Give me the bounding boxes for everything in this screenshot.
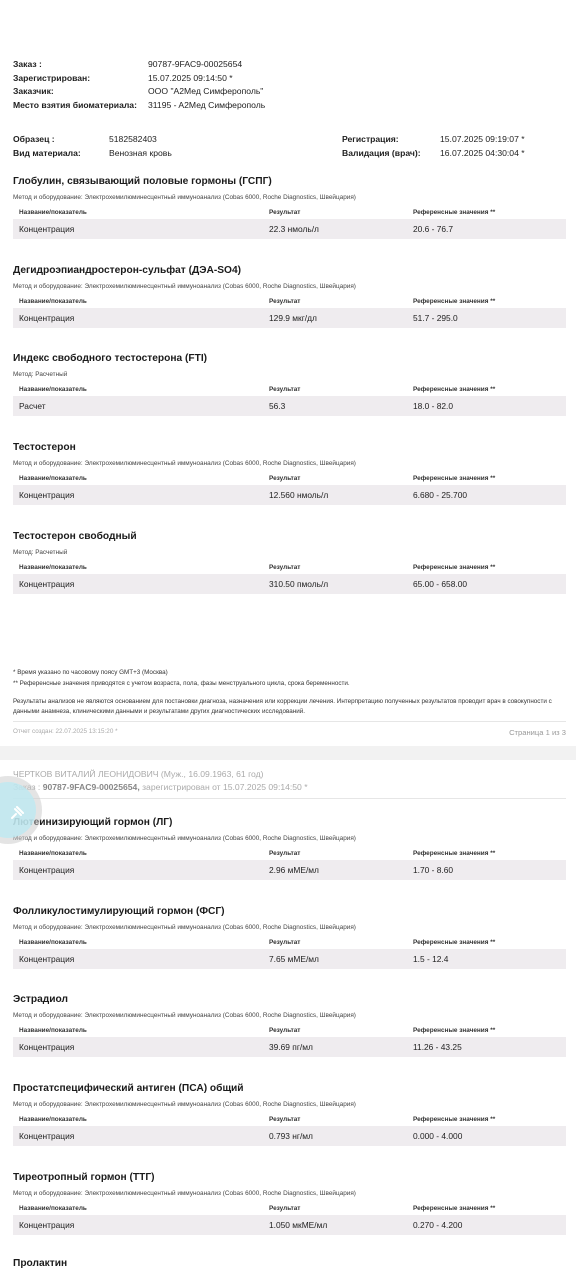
test-section-prolactin: Пролактин xyxy=(13,1257,566,1271)
cell-result: 12.560 нмоль/л xyxy=(269,485,328,505)
table-header: Название/показательРезультатРеференсные … xyxy=(13,1114,566,1126)
pin-icon xyxy=(10,806,24,820)
header-result: Результат xyxy=(269,1025,300,1037)
footnote-timezone: * Время указано по часовому поясу GMT+3 … xyxy=(13,668,168,677)
disclaimer: Результаты анализов не являются основани… xyxy=(13,697,569,717)
cell-name: Концентрация xyxy=(19,485,74,505)
cell-name: Концентрация xyxy=(19,860,74,880)
cell-reference: 0.270 - 4.200 xyxy=(413,1215,462,1235)
cell-result: 39.69 пг/мл xyxy=(269,1037,313,1057)
cell-reference: 51.7 - 295.0 xyxy=(413,308,458,328)
test-section: Глобулин, связывающий половые гормоны (Г… xyxy=(13,175,566,239)
sample-info-right-labels: Регистрация: Валидация (врач): xyxy=(342,133,421,160)
cell-reference: 20.6 - 76.7 xyxy=(413,219,453,239)
cell-name: Концентрация xyxy=(19,1215,74,1235)
test-method: Метод и оборудование: Электрохемилюминес… xyxy=(13,1011,566,1021)
cell-name: Концентрация xyxy=(19,1037,74,1057)
header-result: Результат xyxy=(269,937,300,949)
sample-value: 5182582403 xyxy=(109,133,172,147)
test-title: Тестостерон xyxy=(13,441,566,455)
order-info-labels: Заказ : Зарегистрирован: Заказчик: Место… xyxy=(13,58,137,112)
header-reference: Референсные значения ** xyxy=(413,848,495,860)
test-title: Эстрадиол xyxy=(13,993,566,1007)
header-name: Название/показатель xyxy=(19,848,87,860)
cell-reference: 65.00 - 658.00 xyxy=(413,574,467,594)
test-method: Метод и оборудование: Электрохемилюминес… xyxy=(13,459,566,469)
cell-result: 2.96 мМЕ/мл xyxy=(269,860,319,880)
cell-reference: 1.5 - 12.4 xyxy=(413,949,448,969)
test-method: Метод и оборудование: Электрохемилюминес… xyxy=(13,193,566,203)
order-summary: Заказ : 90787-9FAC9-00025654, зарегистри… xyxy=(13,781,308,794)
test-section: Тестостерон свободныйМетод: РасчетныйНаз… xyxy=(13,530,566,594)
table-row: Концентрация310.50 пмоль/л65.00 - 658.00 xyxy=(13,574,566,594)
cell-name: Концентрация xyxy=(19,219,74,239)
cell-name: Концентрация xyxy=(19,574,74,594)
material-value: Венозная кровь xyxy=(109,147,172,161)
test-title: Тиреотропный гормон (ТТГ) xyxy=(13,1171,566,1185)
header-result: Результат xyxy=(269,296,300,308)
cell-reference: 6.680 - 25.700 xyxy=(413,485,467,505)
header-name: Название/показатель xyxy=(19,1203,87,1215)
header-name: Название/показатель xyxy=(19,937,87,949)
header-result: Результат xyxy=(269,207,300,219)
test-title: Фолликулостимулирующий гормон (ФСГ) xyxy=(13,905,566,919)
test-title: Тестостерон свободный xyxy=(13,530,566,544)
order-summary-number: 90787-9FAC9-00025654, xyxy=(43,782,140,792)
cell-result: 1.050 мкМЕ/мл xyxy=(269,1215,327,1235)
header-reference: Референсные значения ** xyxy=(413,937,495,949)
header-divider xyxy=(13,798,566,799)
test-title: Лютеинизирующий гормон (ЛГ) xyxy=(13,816,566,830)
cell-name: Расчет xyxy=(19,396,46,416)
header-result: Результат xyxy=(269,1114,300,1126)
cell-name: Концентрация xyxy=(19,1126,74,1146)
cell-name: Концентрация xyxy=(19,308,74,328)
footer-divider xyxy=(13,721,566,722)
table-header: Название/показательРезультатРеференсные … xyxy=(13,296,566,308)
cell-result: 310.50 пмоль/л xyxy=(269,574,328,594)
table-row: Концентрация0.793 нг/мл0.000 - 4.000 xyxy=(13,1126,566,1146)
header-name: Название/показатель xyxy=(19,207,87,219)
header-name: Название/показатель xyxy=(19,1114,87,1126)
sampling-place-label: Место взятия биоматериала: xyxy=(13,99,137,113)
sampling-place-value: 31195 - A2Мед Симферополь xyxy=(148,99,265,113)
test-section: Простатспецифический антиген (ПСА) общий… xyxy=(13,1082,566,1146)
sample-label: Образец : xyxy=(13,133,81,147)
header-reference: Референсные значения ** xyxy=(413,384,495,396)
cell-reference: 0.000 - 4.000 xyxy=(413,1126,462,1146)
header-reference: Референсные значения ** xyxy=(413,296,495,308)
cell-result: 129.9 мкг/дл xyxy=(269,308,317,328)
header-result: Результат xyxy=(269,473,300,485)
test-section: Фолликулостимулирующий гормон (ФСГ)Метод… xyxy=(13,905,566,969)
test-method: Метод: Расчетный xyxy=(13,548,566,558)
validation-value: 16.07.2025 04:30:04 * xyxy=(440,147,525,161)
cell-result: 7.65 мМЕ/мл xyxy=(269,949,319,969)
header-name: Название/показатель xyxy=(19,296,87,308)
test-section: Тиреотропный гормон (ТТГ)Метод и оборудо… xyxy=(13,1171,566,1235)
cell-reference: 1.70 - 8.60 xyxy=(413,860,453,880)
validation-label: Валидация (врач): xyxy=(342,147,421,161)
table-row: Расчет56.318.0 - 82.0 xyxy=(13,396,566,416)
sample-info-left-values: 5182582403 Венозная кровь xyxy=(109,133,172,160)
table-header: Название/показательРезультатРеференсные … xyxy=(13,937,566,949)
header-name: Название/показатель xyxy=(19,562,87,574)
table-row: Концентрация1.050 мкМЕ/мл0.270 - 4.200 xyxy=(13,1215,566,1235)
header-reference: Референсные значения ** xyxy=(413,562,495,574)
order-summary-registered: зарегистрирован от 15.07.2025 09:14:50 * xyxy=(142,782,307,792)
report-created: Отчет создан: 22.07.2025 13:15:20 * xyxy=(13,728,118,735)
table-row: Концентрация2.96 мМЕ/мл1.70 - 8.60 xyxy=(13,860,566,880)
footnote-reference: ** Референсные значения приводятся с уче… xyxy=(13,679,350,688)
header-result: Результат xyxy=(269,848,300,860)
test-section: ТестостеронМетод и оборудование: Электро… xyxy=(13,441,566,505)
sample-info-right-values: 15.07.2025 09:19:07 * 16.07.2025 04:30:0… xyxy=(440,133,525,160)
cell-result: 56.3 xyxy=(269,396,285,416)
test-title: Дегидроэпиандростерон-сульфат (ДЭА-SO4) xyxy=(13,264,566,278)
header-result: Результат xyxy=(269,384,300,396)
customer-label: Заказчик: xyxy=(13,85,137,99)
header-result: Результат xyxy=(269,562,300,574)
test-section: Дегидроэпиандростерон-сульфат (ДЭА-SO4)М… xyxy=(13,264,566,328)
header-reference: Референсные значения ** xyxy=(413,1114,495,1126)
cell-reference: 11.26 - 43.25 xyxy=(413,1037,462,1057)
test-method: Метод: Расчетный xyxy=(13,370,566,380)
registered-value: 15.07.2025 09:14:50 * xyxy=(148,72,265,86)
patient-info: ЧЕРТКОВ ВИТАЛИЙ ЛЕОНИДОВИЧ (Муж., 16.09.… xyxy=(13,768,263,781)
table-row: Концентрация39.69 пг/мл11.26 - 43.25 xyxy=(13,1037,566,1057)
table-header: Название/показательРезультатРеференсные … xyxy=(13,562,566,574)
test-method: Метод и оборудование: Электрохемилюминес… xyxy=(13,1100,566,1110)
header-name: Название/показатель xyxy=(19,473,87,485)
header-reference: Референсные значения ** xyxy=(413,1025,495,1037)
report-page-2: ЧЕРТКОВ ВИТАЛИЙ ЛЕОНИДОВИЧ (Муж., 16.09.… xyxy=(0,760,576,1280)
material-label: Вид материала: xyxy=(13,147,81,161)
test-section: Индекс свободного тестостерона (FTI)Мето… xyxy=(13,352,566,416)
test-title: Глобулин, связывающий половые гормоны (Г… xyxy=(13,175,566,189)
page-separator xyxy=(0,746,576,760)
table-header: Название/показательРезультатРеференсные … xyxy=(13,473,566,485)
table-row: Концентрация7.65 мМЕ/мл1.5 - 12.4 xyxy=(13,949,566,969)
cell-reference: 18.0 - 82.0 xyxy=(413,396,453,416)
test-method: Метод и оборудование: Электрохемилюминес… xyxy=(13,923,566,933)
header-reference: Референсные значения ** xyxy=(413,207,495,219)
registration-value: 15.07.2025 09:19:07 * xyxy=(440,133,525,147)
registered-label: Зарегистрирован: xyxy=(13,72,137,86)
table-header: Название/показательРезультатРеференсные … xyxy=(13,207,566,219)
test-method: Метод и оборудование: Электрохемилюминес… xyxy=(13,1189,566,1199)
table-header: Название/показательРезультатРеференсные … xyxy=(13,1025,566,1037)
order-label: Заказ : xyxy=(13,58,137,72)
customer-value: ООО "A2Мед Симферополь" xyxy=(148,85,265,99)
table-row: Концентрация129.9 мкг/дл51.7 - 295.0 xyxy=(13,308,566,328)
test-title: Индекс свободного тестостерона (FTI) xyxy=(13,352,566,366)
header-name: Название/показатель xyxy=(19,384,87,396)
header-result: Результат xyxy=(269,1203,300,1215)
test-section: ЭстрадиолМетод и оборудование: Электрохе… xyxy=(13,993,566,1057)
report-page-1: Заказ : Зарегистрирован: Заказчик: Место… xyxy=(0,0,576,746)
test-section: Лютеинизирующий гормон (ЛГ)Метод и обору… xyxy=(13,816,566,880)
table-row: Концентрация12.560 нмоль/л6.680 - 25.700 xyxy=(13,485,566,505)
test-title: Простатспецифический антиген (ПСА) общий xyxy=(13,1082,566,1096)
registration-label: Регистрация: xyxy=(342,133,421,147)
cell-result: 0.793 нг/мл xyxy=(269,1126,313,1146)
page-number: Страница 1 из 3 xyxy=(509,728,566,737)
cell-result: 22.3 нмоль/л xyxy=(269,219,319,239)
header-reference: Референсные значения ** xyxy=(413,473,495,485)
test-title: Пролактин xyxy=(13,1257,566,1271)
table-header: Название/показательРезультатРеференсные … xyxy=(13,1203,566,1215)
sample-info-left-labels: Образец : Вид материала: xyxy=(13,133,81,160)
order-info-values: 90787-9FAC9-00025654 15.07.2025 09:14:50… xyxy=(148,58,265,112)
table-header: Название/показательРезультатРеференсные … xyxy=(13,384,566,396)
cell-name: Концентрация xyxy=(19,949,74,969)
test-method: Метод и оборудование: Электрохемилюминес… xyxy=(13,834,566,844)
table-header: Название/показательРезультатРеференсные … xyxy=(13,848,566,860)
order-number: 90787-9FAC9-00025654 xyxy=(148,58,265,72)
header-name: Название/показатель xyxy=(19,1025,87,1037)
test-method: Метод и оборудование: Электрохемилюминес… xyxy=(13,282,566,292)
table-row: Концентрация22.3 нмоль/л20.6 - 76.7 xyxy=(13,219,566,239)
header-reference: Референсные значения ** xyxy=(413,1203,495,1215)
